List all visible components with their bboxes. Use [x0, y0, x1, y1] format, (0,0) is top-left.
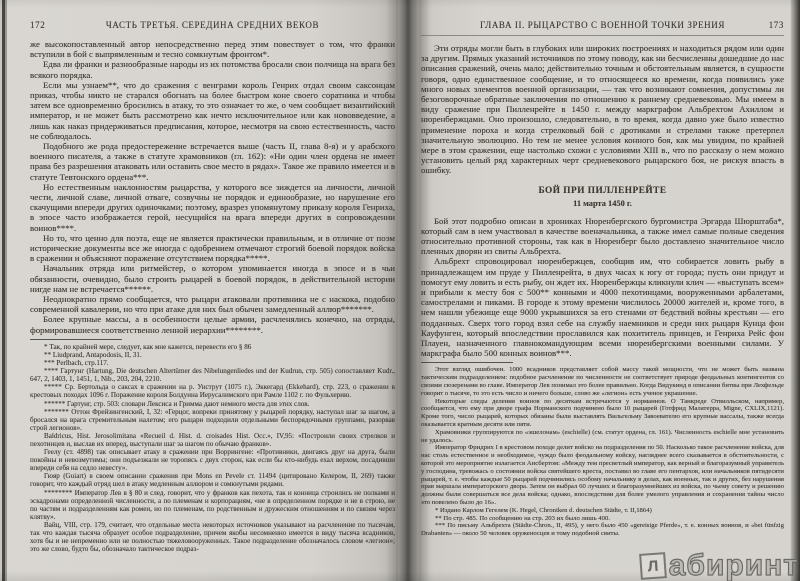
- footnote: ** Liudprand, Antapodosis, II, 31.: [30, 351, 395, 359]
- scan-edge-right: [790, 0, 800, 581]
- footnote: * Так, по крайней мере, следует, как мне…: [30, 343, 395, 351]
- left-header-title: ЧАСТЬ ТРЕТЬЯ. СЕРЕДИНА СРЕДНИХ ВЕКОВ: [30, 20, 395, 30]
- paragraph: Альбрехт спровоцировал нюренбержцев, соо…: [421, 256, 784, 358]
- footnote: ******* Оттон Фрейзингенский, I, 32: «Ге…: [30, 408, 395, 432]
- paragraph: Начальник отряда или ритмейстер, о котор…: [30, 263, 395, 294]
- page-right: ГЛАВА II. РЫЦАРСТВО С ВОЕННОЙ ТОЧКИ ЗРЕН…: [419, 0, 791, 581]
- paragraph: Бой этот подробно описан в хрониках Нюре…: [421, 216, 784, 257]
- section-subheading: 11 марта 1450 г.: [421, 199, 784, 208]
- footnote: Император Фридрих I в крестовом походе д…: [421, 444, 784, 506]
- footnote: Некоторые следы деления воинов по десятк…: [421, 398, 784, 429]
- paragraph: Едва ли франки и разнообразные народы из…: [30, 59, 395, 79]
- scan-edge-left: [0, 0, 7, 581]
- paragraph: Подобного же рода предостережение встреч…: [30, 141, 395, 182]
- right-footnote-separator: [421, 362, 513, 363]
- right-body-section: Бой этот подробно описан в хрониках Нюре…: [421, 216, 784, 359]
- footnote: ******** Император Лев в § 80 и след. го…: [30, 489, 395, 521]
- paragraph: Если мы узнаем**, что до сражения с венг…: [30, 80, 395, 141]
- right-footnotes: Этот взгляд ошибочен. 1000 всадников пре…: [421, 366, 784, 538]
- paragraph: Более крупные массы, а в особенности цел…: [30, 314, 395, 334]
- footnote: Вайц, VIII, стр. 179, считает, что отдел…: [30, 521, 395, 553]
- paragraph: Но то, что ценно для поэта, еще не являе…: [30, 233, 395, 264]
- paragraph: Эти отряды могли быть в глубоких или шир…: [421, 43, 784, 176]
- left-footnote-separator: [30, 339, 122, 340]
- left-running-header: 172 ЧАСТЬ ТРЕТЬЯ. СЕРЕДИНА СРЕДНИХ ВЕКОВ: [30, 20, 395, 32]
- right-body-intro: Эти отряды могли быть в глубоких или шир…: [421, 43, 784, 176]
- section-heading: БОЙ ПРИ ПИЛЛЕНРЕЙТЕ: [421, 186, 784, 196]
- footnote: Гюяр (Guiart) в своем описании сражения …: [30, 472, 395, 488]
- left-body-text: же высокопоставленный автор непосредстве…: [30, 39, 395, 335]
- footnote: ***** Ср. Бертольда о саксах в сражении …: [30, 383, 395, 399]
- footnote: Геелу (ст. 4898) так описывает атаку в с…: [30, 448, 395, 472]
- page-left: 172 ЧАСТЬ ТРЕТЬЯ. СЕРЕДИНА СРЕДНИХ ВЕКОВ…: [7, 0, 398, 581]
- paragraph: же высокопоставленный автор непосредстве…: [30, 39, 395, 59]
- left-footnotes: * Так, по крайней мере, следует, как мне…: [30, 343, 395, 553]
- paragraph: Но естественным наклонностям рыцарства, …: [30, 182, 395, 233]
- footnote: **** Гартунг (Hartung, Die deutschen Alt…: [30, 367, 395, 383]
- right-page-number: 173: [769, 20, 784, 30]
- footnote: Храмовники группируются по «эшелонам» (e…: [421, 429, 784, 445]
- right-header-title: ГЛАВА II. РЫЦАРСТВО С ВОЕННОЙ ТОЧКИ ЗРЕН…: [421, 20, 784, 30]
- footnote: * Издано Карлом Гегелем (K. Hegel, Chron…: [421, 507, 784, 515]
- book-scan: 172 ЧАСТЬ ТРЕТЬЯ. СЕРЕДИНА СРЕДНИХ ВЕКОВ…: [0, 0, 800, 581]
- right-header-rule: [421, 35, 784, 36]
- right-running-header: ГЛАВА II. РЫЦАРСТВО С ВОЕННОЙ ТОЧКИ ЗРЕН…: [421, 20, 784, 32]
- footnote: ****** Гартунг, стр. 503: словари Лексис…: [30, 400, 395, 408]
- footnote: Baldricus, Hist. Jerosolimitana «Recueil…: [30, 432, 395, 448]
- footnote: Этот взгляд ошибочен. 1000 всадников пре…: [421, 366, 784, 397]
- footnote: *** Perlbach, стр.117.: [30, 359, 395, 367]
- paragraph: Неоднократно прямо сообщается, что рыцар…: [30, 294, 395, 314]
- footnote: *** По письму Альбрехта (Städte-Chron., …: [421, 522, 784, 538]
